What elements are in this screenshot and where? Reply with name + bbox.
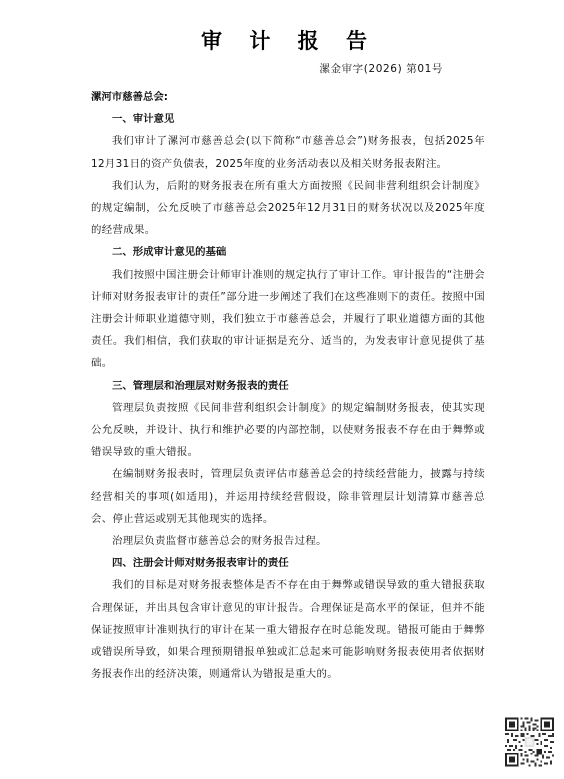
- report-body: 漯河市慈善总会: 一、审计意见 我们审计了漯河市慈善总会(以下简称“市慈善总会”…: [91, 86, 485, 685]
- section-heading-audit-opinion: 一、审计意见: [91, 108, 485, 130]
- paragraph: 我们按照中国注册会计师审计准则的规定执行了审计工作。审计报告的“注册会计师对财务…: [91, 264, 485, 375]
- document-page: 审 计 报 告 漯金审字(2026) 第01号 漯河市慈善总会: 一、审计意见 …: [0, 0, 564, 779]
- report-title: 审 计 报 告: [0, 28, 564, 54]
- addressee: 漯河市慈善总会:: [91, 86, 485, 108]
- qr-code-icon: [505, 717, 554, 767]
- section-heading-basis-for-opinion: 二、形成审计意见的基础: [91, 241, 485, 263]
- paragraph: 在编制财务报表时，管理层负责评估市慈善总会的持续经营能力，披露与持续经营相关的事…: [91, 463, 485, 530]
- paragraph: 管理层负责按照《民间非营利组织会计制度》的规定编制财务报表，使其实现公允反映，并…: [91, 397, 485, 464]
- paragraph: 治理层负责监督市慈善总会的财务报告过程。: [91, 530, 485, 552]
- paragraph: 我们审计了漯河市慈善总会(以下简称“市慈善总会”)财务报表，包括2025年12月…: [91, 130, 485, 174]
- section-heading-auditor-responsibility: 四、注册会计师对财务报表审计的责任: [91, 552, 485, 574]
- paragraph: 我们认为，后附的财务报表在所有重大方面按照《民间非营利组织会计制度》的规定编制，…: [91, 175, 485, 242]
- paragraph: 我们的目标是对财务报表整体是否不存在由于舞弊或错误导致的重大错报获取合理保证，并…: [91, 574, 485, 685]
- document-number: 漯金审字(2026) 第01号: [319, 62, 443, 76]
- section-heading-management-responsibility: 三、管理层和治理层对财务报表的责任: [91, 375, 485, 397]
